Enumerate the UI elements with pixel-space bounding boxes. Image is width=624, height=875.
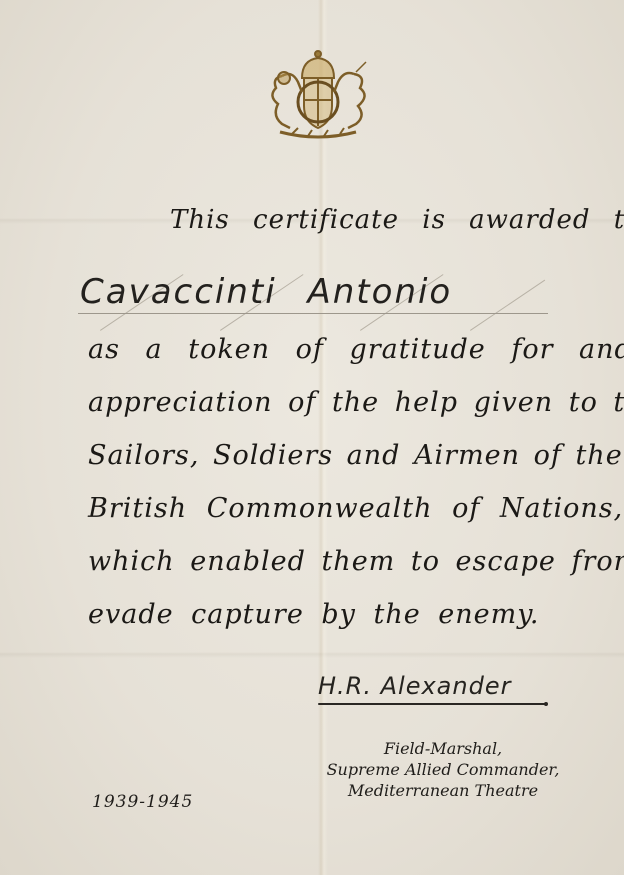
war-dates: 1939-1945 bbox=[92, 792, 193, 812]
signatory-position: Supreme Allied Commander, bbox=[318, 759, 568, 780]
body-line: British Commonwealth of Nations, bbox=[88, 493, 623, 524]
certificate-page: This certificate is awarded to Cavaccint… bbox=[0, 0, 624, 875]
signature-underline bbox=[318, 703, 546, 705]
signatory-title: Field-Marshal, Supreme Allied Commander,… bbox=[318, 738, 568, 801]
signature: H.R. Alexander bbox=[318, 672, 511, 700]
body-line: evade capture by the enemy. bbox=[88, 599, 540, 630]
signatory-theatre: Mediterranean Theatre bbox=[318, 780, 568, 801]
body-line: appreciation of the help given to the bbox=[88, 387, 624, 418]
certificate-heading: This certificate is awarded to bbox=[170, 205, 624, 235]
body-line: which enabled them to escape from, or bbox=[88, 546, 624, 577]
body-line: as a token of gratitude for and bbox=[88, 334, 624, 365]
recipient-name: Cavaccinti Antonio bbox=[80, 272, 452, 312]
signatory-rank: Field-Marshal, bbox=[318, 738, 568, 759]
body-line: Sailors, Soldiers and Airmen of the bbox=[88, 440, 623, 471]
name-underline bbox=[78, 313, 548, 314]
royal-coat-of-arms-icon bbox=[262, 48, 374, 142]
guide-line bbox=[470, 280, 545, 331]
